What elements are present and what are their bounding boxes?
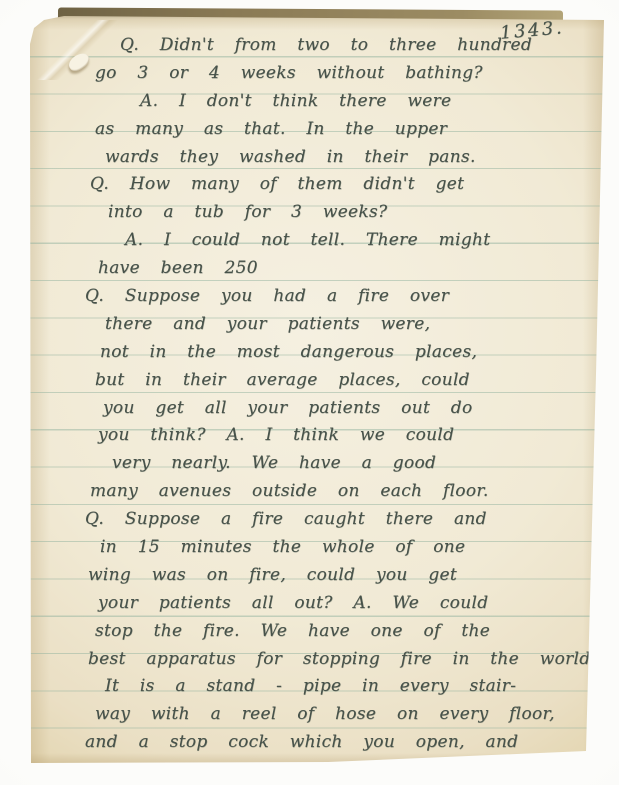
handwritten-line: Q. Didn't from two to three hundred — [28, 32, 606, 60]
notebook-page: 1343. Q. Didn't from two to three hundre… — [28, 14, 606, 765]
handwritten-line: not in the most dangerous places, — [28, 339, 606, 367]
handwritten-line: It is a stand - pipe in every stair- — [28, 673, 606, 701]
handwritten-line: in 15 minutes the whole of one — [28, 534, 606, 562]
handwritten-line: stop the fire. We have one of the — [28, 618, 606, 646]
handwritten-line: go 3 or 4 weeks without bathing? — [28, 60, 606, 88]
handwritten-line: best apparatus for stopping fire in the … — [28, 646, 606, 674]
handwritten-lines: Q. Didn't from two to three hundredgo 3 … — [28, 32, 606, 757]
handwritten-line: you think? A. I think we could — [28, 422, 606, 450]
handwritten-line: you get all your patients out do — [28, 395, 606, 423]
handwritten-line: wing was on fire, could you get — [28, 562, 606, 590]
handwritten-line: many avenues outside on each floor. — [28, 478, 606, 506]
handwritten-line: Q. Suppose you had a fire over — [28, 283, 606, 311]
handwritten-line: Q. How many of them didn't get — [28, 171, 606, 199]
handwritten-line: as many as that. In the upper — [28, 116, 606, 144]
handwritten-line: A. I could not tell. There might — [28, 227, 606, 255]
handwritten-line: wards they washed in their pans. — [28, 144, 606, 172]
handwritten-line: into a tub for 3 weeks? — [28, 199, 606, 227]
handwritten-line: but in their average places, could — [28, 367, 606, 395]
scanned-document: 1343. Q. Didn't from two to three hundre… — [0, 0, 619, 785]
handwritten-line: very nearly. We have a good — [28, 450, 606, 478]
handwritten-line: A. I don't think there were — [28, 88, 606, 116]
handwritten-line: and a stop cock which you open, and — [28, 729, 606, 757]
handwritten-line: your patients all out? A. We could — [28, 590, 606, 618]
handwritten-line: there and your patients were, — [28, 311, 606, 339]
handwritten-line: have been 250 — [28, 255, 606, 283]
handwritten-line: Q. Suppose a fire caught there and — [28, 506, 606, 534]
handwritten-line: way with a reel of hose on every floor, — [28, 701, 606, 729]
